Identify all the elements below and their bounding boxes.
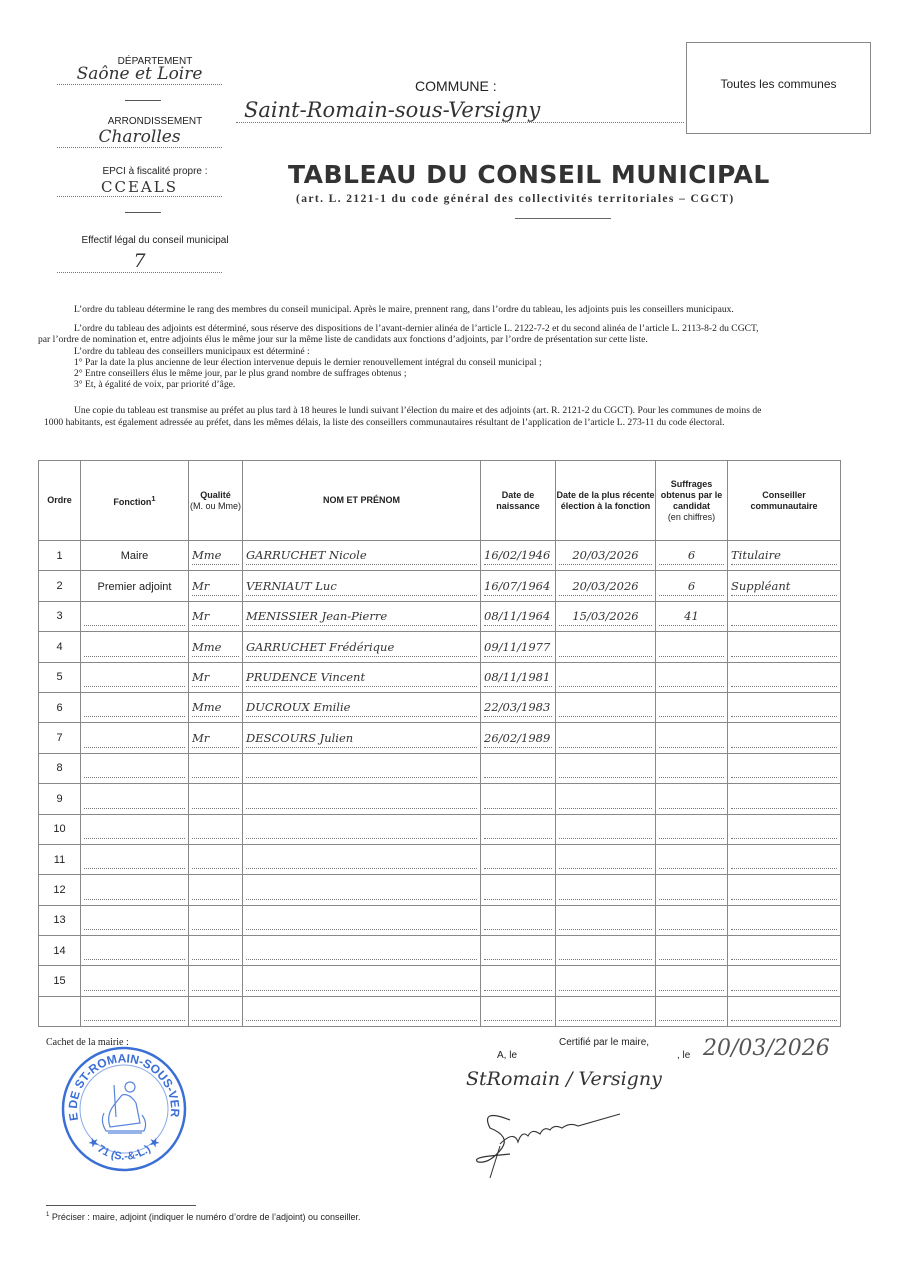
field-communautaire[interactable] <box>731 607 837 626</box>
cell-ordre: 4 <box>39 632 81 662</box>
certification-date-field[interactable]: 20/03/2026 <box>703 1036 830 1061</box>
col-header-suffrages-label: Suffrages obtenus par le candidat <box>661 479 723 511</box>
cell-suffrages: 6 <box>656 571 728 601</box>
cell-qualite <box>189 784 243 814</box>
cell-suffrages <box>656 662 728 692</box>
cell-nom <box>243 814 481 844</box>
field-communautaire[interactable] <box>731 820 837 839</box>
cell-nom <box>243 844 481 874</box>
table-row: 6MmeDUCROUX Emilie22/03/1983 <box>39 692 841 722</box>
divider <box>125 212 161 213</box>
field-election[interactable] <box>559 668 652 687</box>
field-suffrages[interactable] <box>659 759 724 778</box>
cell-suffrages: 6 <box>656 541 728 571</box>
field-fonction[interactable] <box>84 759 185 778</box>
instruction-item: 1° Par la date la plus ancienne de leur … <box>46 357 846 368</box>
field-fonction[interactable] <box>84 820 185 839</box>
field-election[interactable]: 20/03/2026 <box>559 577 652 596</box>
field-qualite[interactable] <box>192 881 239 900</box>
field-naissance[interactable]: 09/11/1977 <box>484 638 552 657</box>
table-row: 13 <box>39 905 841 935</box>
field-nom[interactable]: GARRUCHET Nicole <box>246 546 477 565</box>
cell-communautaire <box>728 996 841 1026</box>
cell-nom: VERNIAUT Luc <box>243 571 481 601</box>
field-election[interactable] <box>559 911 652 930</box>
cell-nom: GARRUCHET Nicole <box>243 541 481 571</box>
cell-naissance: 22/03/1983 <box>481 692 556 722</box>
field-nom[interactable] <box>246 941 477 960</box>
cell-communautaire <box>728 692 841 722</box>
cell-fonction <box>81 632 189 662</box>
certifie-label: Certifié par le maire, <box>559 1037 649 1048</box>
table-row: 11 <box>39 844 841 874</box>
col-header-fonction: Fonction1 <box>81 461 189 541</box>
field-fonction[interactable] <box>84 972 185 991</box>
cell-election <box>556 844 656 874</box>
field-communautaire[interactable] <box>731 972 837 991</box>
cell-ordre: 13 <box>39 905 81 935</box>
cell-election: 20/03/2026 <box>556 541 656 571</box>
field-naissance[interactable] <box>484 759 552 778</box>
cell-qualite: Mme <box>189 632 243 662</box>
cell-election <box>556 875 656 905</box>
cell-communautaire <box>728 784 841 814</box>
cell-election <box>556 936 656 966</box>
cell-suffrages <box>656 996 728 1026</box>
cell-suffrages <box>656 905 728 935</box>
cell-naissance: 16/02/1946 <box>481 541 556 571</box>
cell-qualite: Mr <box>189 662 243 692</box>
field-qualite[interactable] <box>192 911 239 930</box>
field-election[interactable] <box>559 698 652 717</box>
certification-place-field[interactable]: StRomain / Versigny <box>466 1068 662 1090</box>
cell-suffrages <box>656 875 728 905</box>
field-election[interactable]: 15/03/2026 <box>559 607 652 626</box>
table-row: 12 <box>39 875 841 905</box>
col-header-qualite: Qualité(M. ou Mme) <box>189 461 243 541</box>
field-suffrages[interactable] <box>659 1002 724 1021</box>
field-naissance[interactable] <box>484 911 552 930</box>
field-fonction[interactable] <box>84 941 185 960</box>
a-le-label: A, le <box>497 1050 517 1061</box>
cell-qualite: Mr <box>189 571 243 601</box>
instruction-paragraph: 1000 habitants, est également adressée a… <box>44 417 846 428</box>
cell-nom <box>243 784 481 814</box>
field-qualite[interactable] <box>192 1002 239 1021</box>
field-naissance[interactable]: 26/02/1989 <box>484 729 552 748</box>
field-communautaire[interactable] <box>731 638 837 657</box>
field-naissance[interactable] <box>484 790 552 809</box>
cell-election <box>556 723 656 753</box>
field-election[interactable] <box>559 972 652 991</box>
field-naissance[interactable]: 08/11/1964 <box>484 607 552 626</box>
cell-suffrages <box>656 814 728 844</box>
cell-qualite <box>189 753 243 783</box>
cell-fonction <box>81 723 189 753</box>
field-naissance[interactable]: 16/02/1946 <box>484 546 552 565</box>
cell-ordre: 11 <box>39 844 81 874</box>
col-header-suffrages-sub: (en chiffres) <box>668 512 715 522</box>
field-election[interactable] <box>559 729 652 748</box>
field-election[interactable] <box>559 790 652 809</box>
field-fonction[interactable] <box>84 911 185 930</box>
svg-text:MAIRIE DE ST-ROMAIN-SOUS-VERSI: MAIRIE DE ST-ROMAIN-SOUS-VERSIGNY <box>60 1045 182 1122</box>
cell-ordre: 7 <box>39 723 81 753</box>
field-election[interactable] <box>559 941 652 960</box>
cell-suffrages: 41 <box>656 601 728 631</box>
table-row: 14 <box>39 936 841 966</box>
field-fonction[interactable] <box>84 638 185 657</box>
cell-fonction <box>81 662 189 692</box>
field-fonction[interactable] <box>84 790 185 809</box>
cell-election <box>556 632 656 662</box>
table-row: 4MmeGARRUCHET Frédérique09/11/1977 <box>39 632 841 662</box>
field-naissance[interactable] <box>484 820 552 839</box>
field-communautaire[interactable] <box>731 1002 837 1021</box>
cell-naissance <box>481 753 556 783</box>
cell-suffrages <box>656 723 728 753</box>
field-fonction[interactable]: Premier adjoint <box>84 578 185 596</box>
field-naissance[interactable] <box>484 972 552 991</box>
table-row: 15 <box>39 966 841 996</box>
field-naissance[interactable] <box>484 850 552 869</box>
cell-fonction <box>81 784 189 814</box>
cell-nom <box>243 996 481 1026</box>
field-nom[interactable] <box>246 1002 477 1021</box>
cell-election: 15/03/2026 <box>556 601 656 631</box>
cell-naissance <box>481 814 556 844</box>
table-row: 1MaireMmeGARRUCHET Nicole16/02/194620/03… <box>39 541 841 571</box>
cell-naissance <box>481 936 556 966</box>
cell-qualite: Mr <box>189 723 243 753</box>
field-suffrages[interactable] <box>659 638 724 657</box>
cell-suffrages <box>656 632 728 662</box>
page-title: TABLEAU DU CONSEIL MUNICIPAL <box>288 160 770 189</box>
cell-communautaire <box>728 753 841 783</box>
field-qualite[interactable] <box>192 759 239 778</box>
cell-election <box>556 996 656 1026</box>
field-communautaire[interactable] <box>731 729 837 748</box>
field-qualite[interactable] <box>192 820 239 839</box>
field-qualite[interactable] <box>192 850 239 869</box>
table-row: 8 <box>39 753 841 783</box>
cell-ordre: 6 <box>39 692 81 722</box>
field-suffrages[interactable] <box>659 729 724 748</box>
table-row: 7MrDESCOURS Julien26/02/1989 <box>39 723 841 753</box>
cell-nom <box>243 936 481 966</box>
field-qualite[interactable]: Mr <box>192 668 239 687</box>
field-fonction[interactable] <box>84 698 185 717</box>
epci-field[interactable]: CCEALS <box>57 178 222 197</box>
field-naissance[interactable]: 16/07/1964 <box>484 577 552 596</box>
cell-nom: PRUDENCE Vincent <box>243 662 481 692</box>
table-header-row: Ordre Fonction1 Qualité(M. ou Mme) NOM E… <box>39 461 841 541</box>
cell-election: 20/03/2026 <box>556 571 656 601</box>
cell-suffrages <box>656 784 728 814</box>
field-qualite[interactable]: Mr <box>192 577 239 596</box>
mayor-signature-icon[interactable] <box>470 1100 630 1180</box>
col-header-qualite-sub: (M. ou Mme) <box>190 501 241 511</box>
cell-fonction <box>81 905 189 935</box>
field-communautaire[interactable] <box>731 759 837 778</box>
cell-fonction <box>81 996 189 1026</box>
field-communautaire[interactable] <box>731 790 837 809</box>
field-suffrages[interactable] <box>659 668 724 687</box>
field-fonction[interactable] <box>84 881 185 900</box>
field-nom[interactable]: PRUDENCE Vincent <box>246 668 477 687</box>
cell-naissance: 08/11/1964 <box>481 601 556 631</box>
cell-election <box>556 784 656 814</box>
field-fonction[interactable] <box>84 850 185 869</box>
field-suffrages[interactable] <box>659 698 724 717</box>
field-election[interactable] <box>559 850 652 869</box>
field-communautaire[interactable]: Suppléant <box>731 577 837 596</box>
field-communautaire[interactable] <box>731 911 837 930</box>
field-suffrages[interactable] <box>659 850 724 869</box>
col-header-qualite-label: Qualité <box>200 490 231 500</box>
field-nom[interactable] <box>246 790 477 809</box>
cell-ordre: 10 <box>39 814 81 844</box>
footnote: 1 Préciser : maire, adjoint (indiquer le… <box>46 1212 361 1222</box>
instruction-item: 2° Entre conseillers élus le même jour, … <box>46 368 846 379</box>
effectif-field[interactable]: 7 <box>57 250 222 273</box>
cell-naissance <box>481 875 556 905</box>
title-divider <box>515 218 611 219</box>
cell-naissance <box>481 996 556 1026</box>
instruction-paragraph: Une copie du tableau est transmise au pr… <box>46 405 846 416</box>
footnote-text: Préciser : maire, adjoint (indiquer le n… <box>52 1212 361 1222</box>
field-nom[interactable]: GARRUCHET Frédérique <box>246 638 477 657</box>
field-qualite[interactable]: Mme <box>192 546 239 565</box>
cell-communautaire: Suppléant <box>728 571 841 601</box>
cell-suffrages <box>656 936 728 966</box>
field-communautaire[interactable]: Titulaire <box>731 546 837 565</box>
departement-field[interactable]: Saône et Loire <box>57 64 222 85</box>
field-naissance[interactable] <box>484 941 552 960</box>
field-communautaire[interactable] <box>731 698 837 717</box>
cell-election <box>556 662 656 692</box>
cell-suffrages <box>656 692 728 722</box>
cell-election <box>556 753 656 783</box>
field-nom[interactable]: MENISSIER Jean-Pierre <box>246 607 477 626</box>
cell-fonction <box>81 601 189 631</box>
field-suffrages[interactable]: 41 <box>659 607 724 626</box>
field-communautaire[interactable] <box>731 668 837 687</box>
cell-communautaire <box>728 966 841 996</box>
cell-qualite <box>189 875 243 905</box>
field-fonction[interactable] <box>84 668 185 687</box>
page-subtitle: (art. L. 2121-1 du code général des coll… <box>296 193 735 205</box>
cell-suffrages <box>656 753 728 783</box>
scope-text: Toutes les communes <box>687 77 870 91</box>
instruction-paragraph: par l’ordre de nomination et, entre adjo… <box>38 334 846 345</box>
cell-naissance: 08/11/1981 <box>481 662 556 692</box>
field-election[interactable] <box>559 820 652 839</box>
divider <box>125 100 161 101</box>
arrondissement-label: ARRONDISSEMENT <box>55 116 255 127</box>
instruction-paragraph: L’ordre du tableau détermine le rang des… <box>46 304 846 315</box>
cell-qualite: Mr <box>189 601 243 631</box>
cell-communautaire: Titulaire <box>728 541 841 571</box>
col-header-fonction-label: Fonction <box>113 497 151 507</box>
field-qualite[interactable] <box>192 790 239 809</box>
field-qualite[interactable] <box>192 972 239 991</box>
le-label: , le <box>677 1050 690 1061</box>
svg-text:★ 71 (S.-&-L.) ★: ★ 71 (S.-&-L.) ★ <box>86 1135 163 1163</box>
col-header-nom: NOM ET PRÉNOM <box>243 461 481 541</box>
field-naissance[interactable]: 08/11/1981 <box>484 668 552 687</box>
cell-qualite <box>189 844 243 874</box>
cell-communautaire <box>728 662 841 692</box>
cell-election <box>556 814 656 844</box>
field-fonction[interactable] <box>84 729 185 748</box>
field-qualite[interactable]: Mme <box>192 638 239 657</box>
field-election[interactable] <box>559 1002 652 1021</box>
field-communautaire[interactable] <box>731 881 837 900</box>
field-nom[interactable] <box>246 820 477 839</box>
cell-nom: DESCOURS Julien <box>243 723 481 753</box>
cell-ordre: 12 <box>39 875 81 905</box>
cell-naissance <box>481 966 556 996</box>
cell-qualite <box>189 966 243 996</box>
cell-ordre: 1 <box>39 541 81 571</box>
cell-naissance: 09/11/1977 <box>481 632 556 662</box>
cell-communautaire <box>728 936 841 966</box>
cell-fonction <box>81 692 189 722</box>
cell-communautaire <box>728 905 841 935</box>
cell-nom <box>243 875 481 905</box>
cell-communautaire <box>728 601 841 631</box>
cell-qualite <box>189 814 243 844</box>
field-naissance[interactable] <box>484 1002 552 1021</box>
field-election[interactable] <box>559 638 652 657</box>
footnote-mark: 1 <box>46 1212 49 1218</box>
council-table: Ordre Fonction1 Qualité(M. ou Mme) NOM E… <box>38 460 841 1027</box>
field-communautaire[interactable] <box>731 850 837 869</box>
field-qualite[interactable]: Mr <box>192 607 239 626</box>
field-suffrages[interactable] <box>659 820 724 839</box>
cell-ordre <box>39 996 81 1026</box>
field-nom[interactable]: DESCOURS Julien <box>246 729 477 748</box>
scope-box: Toutes les communes <box>686 42 871 134</box>
commune-field[interactable]: Saint-Romain-sous-Versigny <box>236 98 684 123</box>
col-header-suffrages: Suffrages obtenus par le candidat(en chi… <box>656 461 728 541</box>
cell-fonction <box>81 875 189 905</box>
instruction-item: 3° Et, à égalité de voix, par priorité d… <box>46 379 846 390</box>
cell-ordre: 8 <box>39 753 81 783</box>
table-body: 1MaireMmeGARRUCHET Nicole16/02/194620/03… <box>39 541 841 1027</box>
footnote-divider <box>46 1205 196 1206</box>
field-nom[interactable]: VERNIAUT Luc <box>246 577 477 596</box>
cell-ordre: 2 <box>39 571 81 601</box>
cell-nom <box>243 905 481 935</box>
field-nom[interactable] <box>246 972 477 991</box>
cell-ordre: 3 <box>39 601 81 631</box>
effectif-label: Effectif légal du conseil municipal <box>40 235 270 246</box>
col-header-election: Date de la plus récente élection à la fo… <box>556 461 656 541</box>
table-row: 5MrPRUDENCE Vincent08/11/1981 <box>39 662 841 692</box>
field-fonction[interactable] <box>84 1002 185 1021</box>
cell-election <box>556 692 656 722</box>
field-nom[interactable]: DUCROUX Emilie <box>246 698 477 717</box>
field-nom[interactable] <box>246 850 477 869</box>
field-suffrages[interactable] <box>659 881 724 900</box>
cell-naissance: 26/02/1989 <box>481 723 556 753</box>
field-fonction[interactable] <box>84 607 185 626</box>
cell-nom: MENISSIER Jean-Pierre <box>243 601 481 631</box>
field-fonction[interactable]: Maire <box>84 547 185 565</box>
field-qualite[interactable]: Mr <box>192 729 239 748</box>
field-nom[interactable] <box>246 759 477 778</box>
field-election[interactable] <box>559 881 652 900</box>
arrondissement-field[interactable]: Charolles <box>57 127 222 148</box>
field-nom[interactable] <box>246 911 477 930</box>
instruction-paragraph: L’ordre du tableau des conseillers munic… <box>46 346 846 357</box>
field-naissance[interactable]: 22/03/1983 <box>484 698 552 717</box>
field-suffrages[interactable]: 6 <box>659 546 724 565</box>
cell-fonction <box>81 844 189 874</box>
cell-suffrages <box>656 844 728 874</box>
col-header-ordre: Ordre <box>39 461 81 541</box>
cell-nom: DUCROUX Emilie <box>243 692 481 722</box>
cell-qualite <box>189 936 243 966</box>
cell-communautaire <box>728 814 841 844</box>
cell-qualite: Mme <box>189 541 243 571</box>
cell-qualite <box>189 905 243 935</box>
col-header-communautaire: Conseiller communautaire <box>728 461 841 541</box>
cell-fonction <box>81 936 189 966</box>
cell-nom <box>243 753 481 783</box>
field-communautaire[interactable] <box>731 941 837 960</box>
cell-fonction <box>81 966 189 996</box>
field-election[interactable]: 20/03/2026 <box>559 546 652 565</box>
table-row: 10 <box>39 814 841 844</box>
field-naissance[interactable] <box>484 881 552 900</box>
cell-naissance <box>481 844 556 874</box>
cell-ordre: 15 <box>39 966 81 996</box>
cell-fonction <box>81 814 189 844</box>
cell-ordre: 14 <box>39 936 81 966</box>
cell-communautaire <box>728 723 841 753</box>
field-suffrages[interactable] <box>659 972 724 991</box>
cell-communautaire <box>728 875 841 905</box>
epci-label: EPCI à fiscalité propre : <box>55 166 255 177</box>
field-suffrages[interactable] <box>659 790 724 809</box>
cell-election <box>556 966 656 996</box>
cell-naissance: 16/07/1964 <box>481 571 556 601</box>
mairie-stamp-icon: MAIRIE DE ST-ROMAIN-SOUS-VERSIGNY ★ 71 (… <box>60 1045 188 1173</box>
cell-qualite: Mme <box>189 692 243 722</box>
table-row: 9 <box>39 784 841 814</box>
field-suffrages[interactable] <box>659 911 724 930</box>
instruction-paragraph: L’ordre du tableau des adjoints est déte… <box>46 323 846 334</box>
field-nom[interactable] <box>246 881 477 900</box>
cell-naissance <box>481 784 556 814</box>
cell-election <box>556 905 656 935</box>
field-suffrages[interactable]: 6 <box>659 577 724 596</box>
cell-communautaire <box>728 844 841 874</box>
col-header-naissance: Date de naissance <box>481 461 556 541</box>
field-suffrages[interactable] <box>659 941 724 960</box>
cell-communautaire <box>728 632 841 662</box>
field-qualite[interactable]: Mme <box>192 698 239 717</box>
field-qualite[interactable] <box>192 941 239 960</box>
instructions: L’ordre du tableau détermine le rang des… <box>46 304 846 428</box>
cell-ordre: 9 <box>39 784 81 814</box>
cell-fonction <box>81 753 189 783</box>
field-election[interactable] <box>559 759 652 778</box>
footnote-ref: 1 <box>151 494 155 503</box>
